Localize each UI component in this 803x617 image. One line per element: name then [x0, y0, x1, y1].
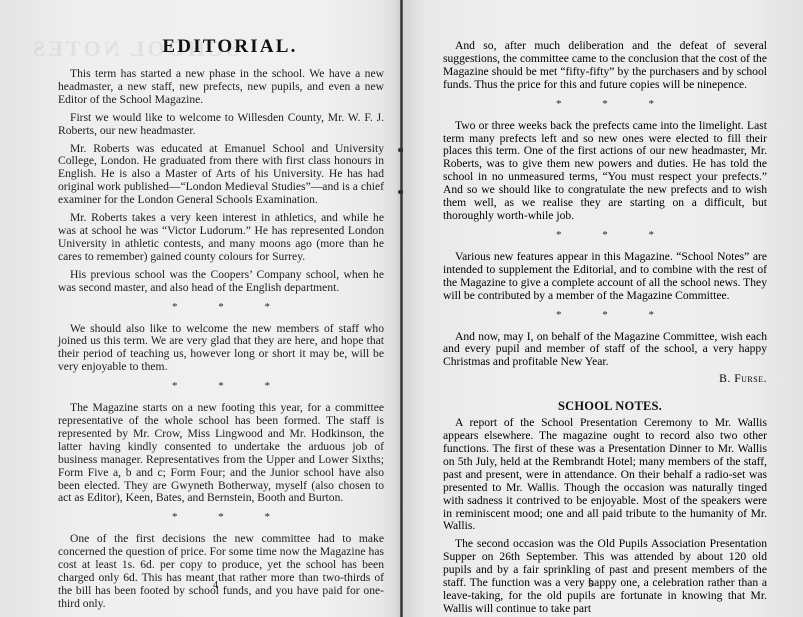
- paragraph: Mr. Roberts was educated at Emanuel Scho…: [58, 143, 384, 208]
- paragraph: This term has started a new phase in the…: [58, 68, 384, 107]
- paragraph: Various new features appear in this Maga…: [443, 251, 767, 303]
- editorial-title: EDITORIAL.: [76, 36, 384, 58]
- school-notes-title: SCHOOL NOTES.: [453, 399, 767, 414]
- paragraph: The second occasion was the Old Pupils A…: [443, 538, 767, 615]
- paragraph: The Magazine starts on a new footing thi…: [58, 402, 384, 505]
- paragraph: We should also like to welcome the new m…: [58, 323, 384, 375]
- paragraph: And now, may I, on behalf of the Magazin…: [443, 331, 767, 370]
- section-separator: * * *: [443, 98, 767, 110]
- page-number: 5: [588, 579, 593, 590]
- magazine-spread: SCHOOL NOTES EDITORIAL. This term has st…: [0, 0, 803, 617]
- paragraph: His previous school was the Coopers’ Com…: [58, 269, 384, 295]
- paragraph: First we would like to welcome to Willes…: [58, 112, 384, 138]
- right-column: And so, after much deliberation and the …: [443, 40, 767, 617]
- section-separator: * * *: [443, 229, 767, 241]
- section-separator: * * *: [58, 301, 384, 313]
- paragraph: Two or three weeks back the prefects cam…: [443, 120, 767, 223]
- editorial-column: EDITORIAL. This term has started a new p…: [58, 36, 384, 616]
- paragraph: A report of the School Presentation Cere…: [443, 417, 767, 533]
- left-page: SCHOOL NOTES EDITORIAL. This term has st…: [0, 0, 401, 617]
- section-separator: * * *: [58, 380, 384, 392]
- editor-signature: B. Furse.: [443, 372, 767, 385]
- paragraph: Mr. Roberts takes a very keen interest i…: [58, 212, 384, 264]
- section-separator: * * *: [58, 511, 384, 523]
- paragraph: One of the first decisions the new commi…: [58, 533, 384, 610]
- paragraph: And so, after much deliberation and the …: [443, 40, 767, 92]
- section-separator: * * *: [443, 309, 767, 321]
- page-number: 4: [213, 580, 218, 591]
